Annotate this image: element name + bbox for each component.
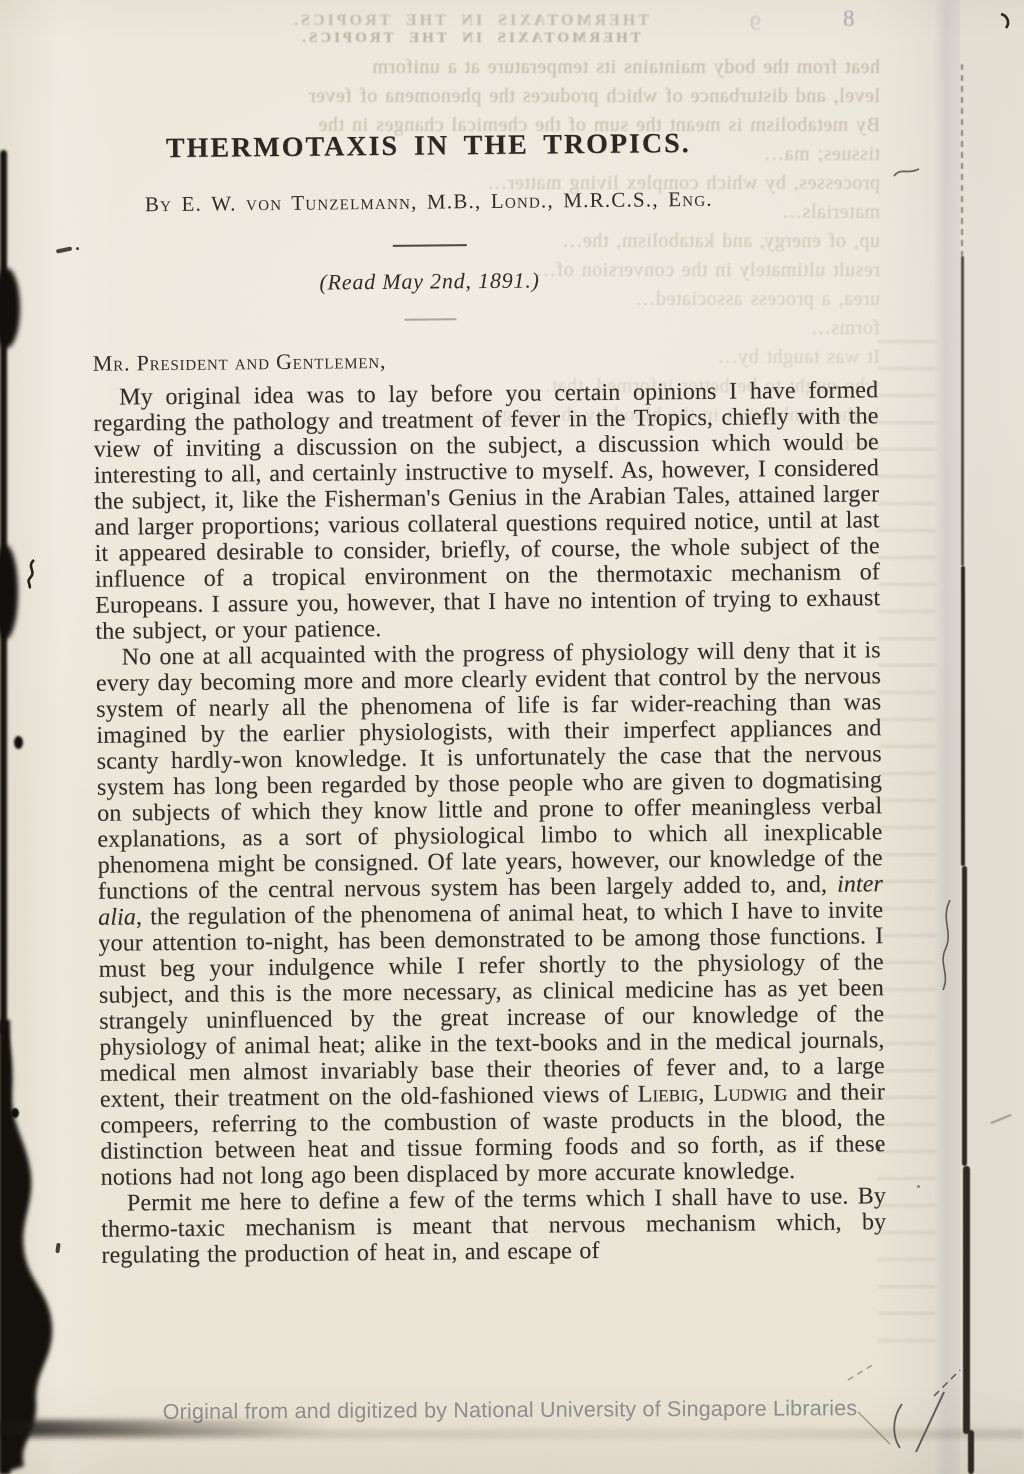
divider-rule-short [404,318,456,320]
pencil-scratches [838,1352,968,1462]
article-byline: By E. W. von Tunzelmann, M.B., Lond., M.… [91,186,766,217]
corner-mark [999,12,1013,30]
paragraph-1: My original idea was to lay before you c… [93,377,880,645]
article-heading-group: THERMOTAXIS IN THE TROPICS. By E. W. von… [91,127,768,323]
article-content: THERMOTAXIS IN THE TROPICS. By E. W. von… [91,126,887,1268]
page-edge-line [961,566,965,866]
page-number: 8 [843,6,855,32]
bleedthrough-page-number: 9 [750,11,761,36]
article-title: THERMOTAXIS IN THE TROPICS. [91,127,766,165]
scan-smudge [0,1420,330,1435]
bleedthrough-line: heat from the body maintains its tempera… [88,56,880,79]
page-edge-line [962,866,967,1166]
ink-blot [0,268,20,348]
crease-squiggle [936,898,960,992]
paragraph-2: No one at all acquainted with the progre… [96,637,886,1191]
margin-dash-mark [56,246,72,253]
page-edge-shading [934,0,960,1474]
ink-speck [917,1185,920,1188]
ink-blot [0,545,18,639]
bleedthrough-right-margin [878,340,936,1350]
margin-hook-mark [24,558,40,590]
bleedthrough-running-head-echo: THERMOTAXIS IN THE TROPICS. [120,30,820,47]
page-edge-line [961,256,964,566]
gutter-ink-blob [0,1010,84,1474]
bleedthrough-line: level, and disturbance of which produces… [88,85,880,108]
salutation: Mr. President and Gentlemen, [93,343,878,377]
pen-tick-mark [893,164,921,180]
pencil-dash [990,1114,1011,1124]
page-edge-line [968,1430,974,1474]
scanned-page: THERMOTAXIS IN THE TROPICS. THERMOTAXIS … [0,0,1024,1474]
ink-speck [876,1146,880,1150]
ink-speck [14,736,23,749]
page-edge-line [961,64,963,256]
paragraph-3: Permit me here to define a few of the te… [101,1183,887,1269]
read-date: (Read May 2nd, 1891.) [92,265,767,297]
divider-rule [392,244,466,247]
bleedthrough-running-head: THERMOTAXIS IN THE TROPICS. [120,12,820,30]
